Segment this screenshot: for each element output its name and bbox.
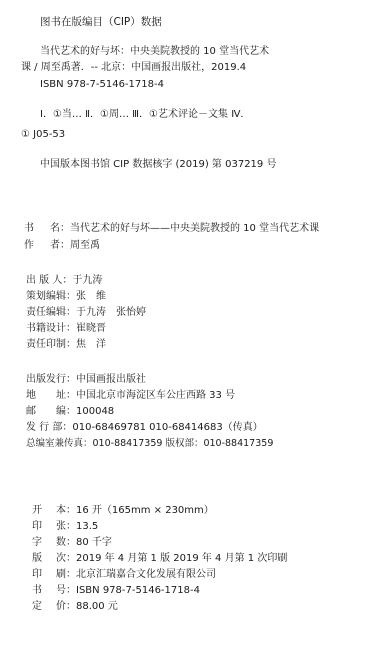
- cip-verification: 中国版本图书馆 CIP 数据核字 (2019) 第 037219 号: [40, 159, 276, 171]
- staff-label: 书籍设计：: [26, 323, 76, 334]
- cip-classification: Ⅰ．①当… Ⅱ．①周… Ⅲ．①艺术评论－文集 Ⅳ．: [40, 109, 250, 121]
- staff-label: 责任印制：: [26, 339, 76, 350]
- staff-value: 崔晓晋: [76, 323, 106, 334]
- author-label-a: 作: [24, 240, 50, 252]
- book-title-row: 书名：当代艺术的好与坏——中央美院教授的 10 堂当代艺术课: [24, 223, 319, 235]
- spec-label-a: 书: [32, 585, 56, 597]
- staff-label: 出 版 人：: [26, 275, 72, 286]
- spec-label-a: 定: [32, 601, 56, 613]
- cip-class-code: ① J05-53: [21, 129, 65, 141]
- spec-value: 2019 年 4 月第 1 版 2019 年 4 月第 1 次印刷: [76, 553, 287, 564]
- staff-row-planning-editor: 策划编辑：张 维: [26, 291, 106, 303]
- spec-label-a: 印: [32, 569, 56, 581]
- spec-value: 80 千字: [76, 537, 112, 548]
- publisher-row-editorial-fax: 总编室兼传真：010-88417359 版权部：010-88417359: [26, 438, 273, 450]
- spec-label-b: 刷：: [56, 569, 76, 580]
- spec-value: 13.5: [76, 521, 98, 532]
- publisher-row-postcode: 邮 编：100048: [26, 406, 114, 418]
- spec-label-a: 字: [32, 537, 56, 549]
- spec-value: ISBN 978-7-5146-1718-4: [76, 585, 200, 596]
- spec-label-a: 印: [32, 521, 56, 533]
- publisher-value: 010-68469781 010-68414683（传真）: [72, 422, 262, 433]
- spec-label-b: 本：: [56, 505, 76, 516]
- spec-label-b: 价：: [56, 601, 76, 612]
- cip-isbn: ISBN 978-7-5146-1718-4: [40, 79, 164, 91]
- book-title-value: 当代艺术的好与坏——中央美院教授的 10 堂当代艺术课: [70, 223, 319, 234]
- spec-row-edition: 版次：2019 年 4 月第 1 版 2019 年 4 月第 1 次印刷: [32, 553, 287, 565]
- publisher-row-distribution: 发 行 部：010-68469781 010-68414683（传真）: [26, 422, 263, 434]
- spec-row-price: 定价：88.00 元: [32, 601, 118, 613]
- staff-value: 焦 洋: [76, 339, 106, 350]
- publisher-label: 出版发行：: [26, 374, 76, 385]
- publisher-label: 发 行 部：: [26, 422, 72, 433]
- spec-label-a: 开: [32, 505, 56, 517]
- staff-label: 责任编辑：: [26, 307, 76, 318]
- staff-value: 于九涛 张怡婷: [76, 307, 146, 318]
- spec-row-printer: 印刷：北京汇瑞嘉合文化发展有限公司: [32, 569, 216, 581]
- spec-value: 88.00 元: [76, 601, 118, 612]
- staff-row-print-supervisor: 责任印制：焦 洋: [26, 339, 106, 351]
- staff-value: 张 维: [76, 291, 106, 302]
- book-title-label-a: 书: [24, 223, 50, 235]
- spec-row-word-count: 字数：80 千字: [32, 537, 112, 549]
- spec-label-b: 次：: [56, 553, 76, 564]
- author-label-b: 者：: [50, 240, 70, 252]
- spec-row-format: 开本：16 开（165mm × 230mm）: [32, 505, 214, 517]
- cip-record-line-1: 当代艺术的好与坏：中央美院教授的 10 堂当代艺术: [40, 46, 269, 58]
- spec-label-a: 版: [32, 553, 56, 565]
- publisher-label: 邮 编：: [26, 406, 76, 417]
- spec-value: 北京汇瑞嘉合文化发展有限公司: [76, 569, 216, 580]
- cip-record-line-2: 课 / 周至禹著．-- 北京：中国画报出版社，2019.4: [21, 62, 246, 74]
- cip-title: 图书在版编目（CIP）数据: [40, 16, 162, 28]
- spec-value: 16 开（165mm × 230mm）: [76, 505, 214, 516]
- staff-row-responsible-editor: 责任编辑：于九涛 张怡婷: [26, 307, 146, 319]
- spec-label-b: 数：: [56, 537, 76, 548]
- staff-label: 策划编辑：: [26, 291, 76, 302]
- publisher-row-issuer: 出版发行：中国画报出版社: [26, 374, 146, 386]
- publisher-value: 中国北京市海淀区车公庄西路 33 号: [76, 390, 235, 401]
- publisher-row-address: 地 址：中国北京市海淀区车公庄西路 33 号: [26, 390, 235, 402]
- author-row: 作者：周至禹: [24, 240, 100, 252]
- author-value: 周至禹: [70, 240, 100, 251]
- staff-row-book-design: 书籍设计：崔晓晋: [26, 323, 106, 335]
- publisher-value: 010-88417359 版权部：010-88417359: [93, 438, 274, 449]
- spec-label-b: 号：: [56, 585, 76, 596]
- publisher-value: 中国画报出版社: [76, 374, 146, 385]
- spec-label-b: 张：: [56, 521, 76, 532]
- staff-row-publisher: 出 版 人：于九涛: [26, 275, 102, 287]
- publisher-value: 100048: [76, 406, 114, 417]
- spec-row-sheets: 印张：13.5: [32, 521, 98, 533]
- spec-row-isbn: 书号：ISBN 978-7-5146-1718-4: [32, 585, 200, 597]
- publisher-label: 地 址：: [26, 390, 76, 401]
- publisher-label: 总编室兼传真：: [26, 438, 93, 449]
- book-title-label-b: 名：: [50, 223, 70, 235]
- staff-value: 于九涛: [72, 275, 102, 286]
